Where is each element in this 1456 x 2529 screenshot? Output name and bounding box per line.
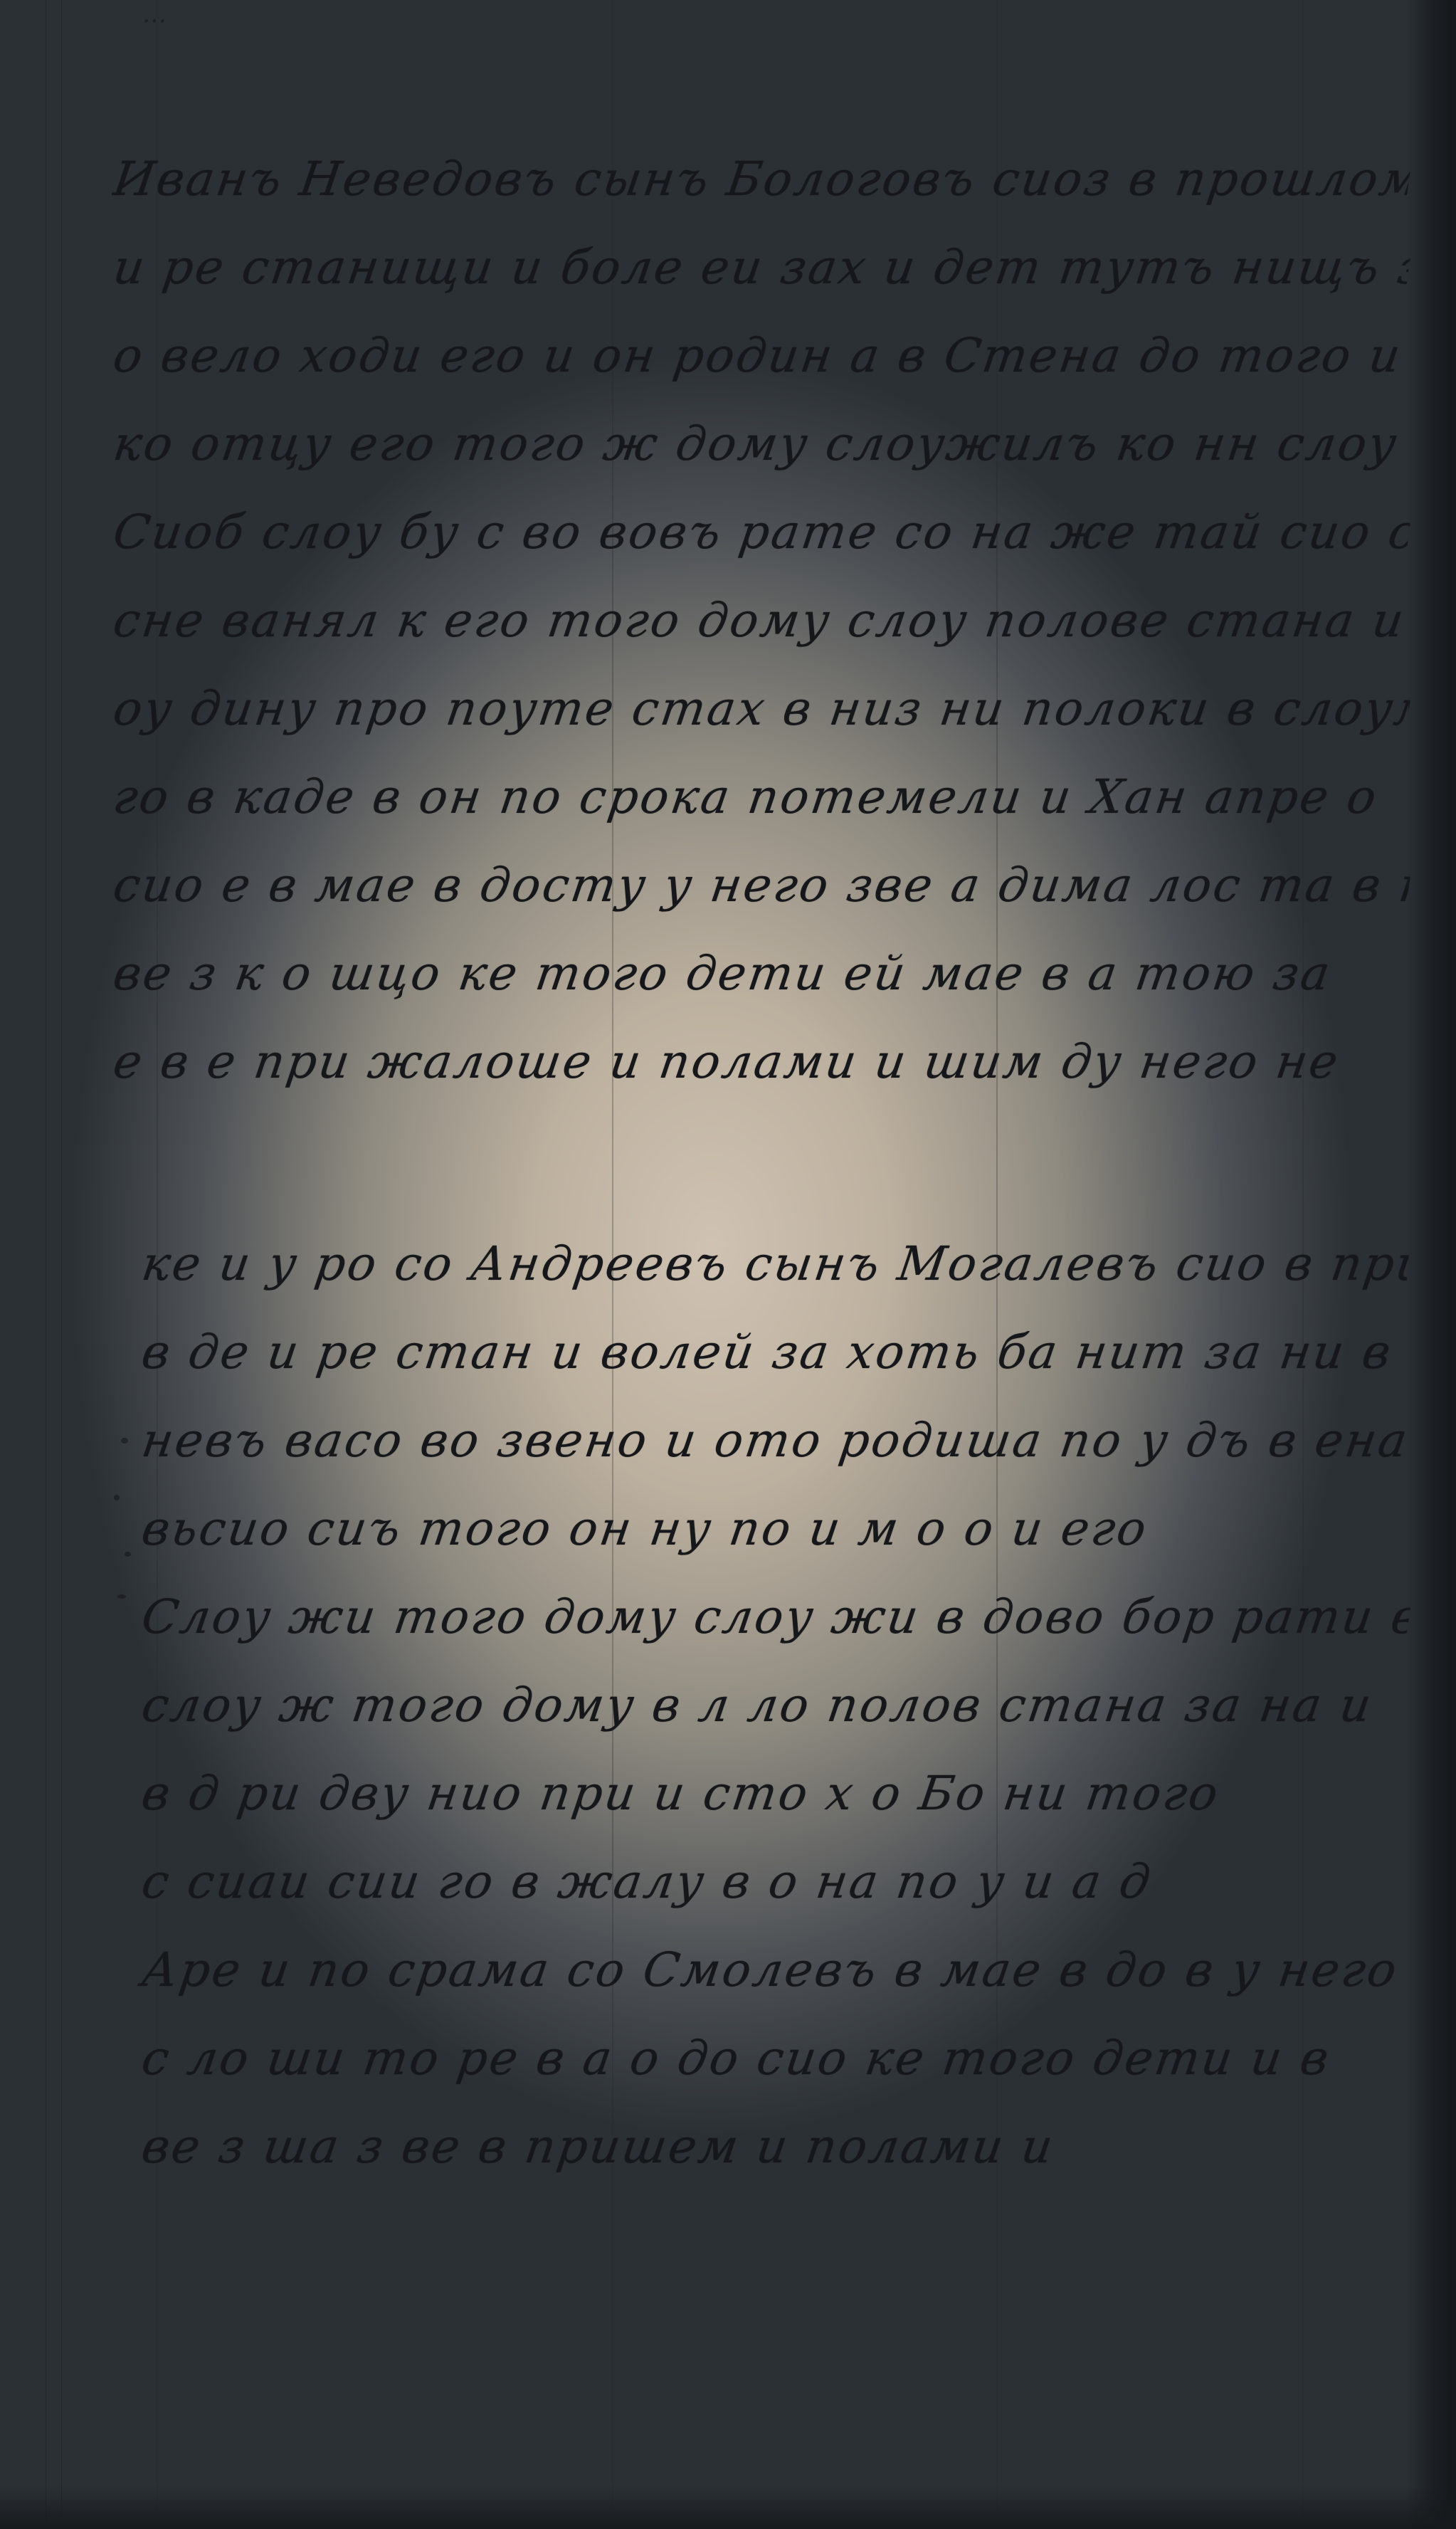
text-line: сне ванял к его того дому слоу полове ст… [107,577,1415,665]
text-line: е в е при жалоше и полами и шим ду него … [107,1018,1415,1106]
text-line: с ло ши то ре в а о до сио ке того дети … [107,2014,1415,2103]
text-line: Слоу жи того дому слоу жи в дово бор рат… [107,1573,1415,1661]
text-line: слоу ж того дому в л ло полов стана за н… [107,1661,1415,1750]
text-line: Сиоб слоу бу с во вовъ рате со на же тай… [107,488,1415,577]
text-line: ве з ша з ве в пришем и полами и [107,2103,1415,2191]
text-line: оу дину про поуте стах в низ ни полоки в… [107,665,1415,753]
text-line: невъ васо во звено и ото родиша по у дъ … [107,1397,1415,1485]
corner-mark: … [142,0,256,28]
left-margin-rule-inner [61,0,62,2529]
text-line: и ре станищи и боле еи заx и дет тутъ ни… [107,224,1415,312]
manuscript-text: Иванъ Неведовъ сынъ Бологовъ сиоз в прош… [114,135,1409,2191]
text-line: о вело ходи его и он родин а в Стена до … [107,312,1415,400]
text-line: ко отцу его того ж дому слоужилъ ко нн с… [107,400,1415,488]
text-line: в д ри дву нио при и сто х о Бо ни того [107,1750,1415,1838]
text-line: Аре и по срама со Смолевъ в мае в до в у… [107,1926,1415,2014]
text-line: го в каде в он по срока потемели и Хан а… [107,753,1415,841]
page-edge-shadow [1406,0,1456,2529]
text-line: ве з к о шцо ке того дети ей мае в а тою… [107,930,1415,1018]
text-line: сио е в мае в досту у него зве а дима ло… [107,841,1415,930]
text-line: с сиаи сии го в жалу в о на по у и а д [107,1838,1415,1926]
text-line: ке и у ро со Андреевъ сынъ Могалевъ сио … [107,1220,1415,1308]
left-margin-rule [46,0,46,2529]
text-line: в де и ре стан и волей за хоть ба нит за… [107,1308,1415,1397]
paragraph-2: ке и у ро со Андреевъ сынъ Могалевъ сио … [114,1220,1409,2191]
paragraph-1: Иванъ Неведовъ сынъ Бологовъ сиоз в прош… [114,135,1409,1106]
text-line: Иванъ Неведовъ сынъ Бологовъ сиоз в прош… [107,135,1415,224]
page-bottom-shadow [0,2486,1456,2529]
text-line: вьсио сиъ того он ну по и м о о и его [107,1485,1415,1573]
manuscript-photo: … Иванъ Неведовъ сынъ Бологовъ сиоз в пр… [0,0,1456,2529]
